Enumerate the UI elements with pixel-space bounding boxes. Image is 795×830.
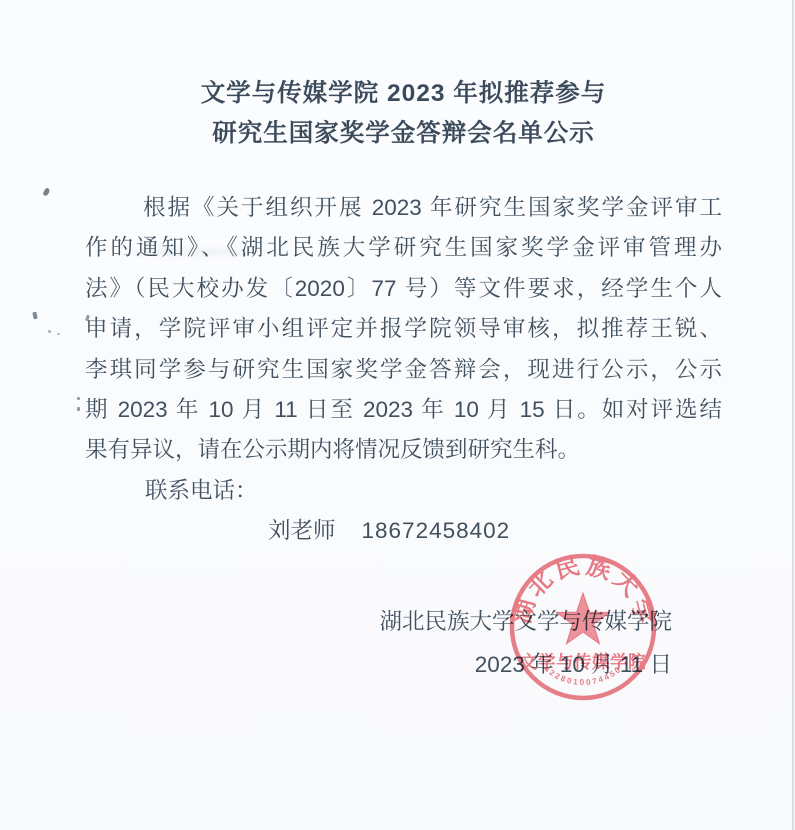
contact-person: 刘老师: [268, 518, 336, 543]
seal-rim-char: 族: [584, 552, 614, 584]
scan-speck: [42, 187, 50, 196]
body-line: 期 2023 年 10 月 11 日至 2023 年 10 月 15 日。如对评…: [85, 390, 722, 430]
scan-speck: [77, 407, 80, 411]
contact-label: 联系电话：: [85, 471, 722, 511]
body-line: 作的通知》、《湖北民族大学研究生国家奖学金评审管理办: [85, 228, 722, 268]
body-line: 法》（民大校办发〔2020〕77 号）等文件要求，经学生个人: [85, 269, 722, 309]
contact-line: 刘老师18672458402: [268, 511, 722, 551]
scan-speck: [57, 333, 60, 335]
document-body: 根据《关于组织开展 2023 年研究生国家奖学金评审工 作的通知》、《湖北民族大…: [85, 188, 722, 552]
scan-speck: [77, 397, 80, 400]
signature-date: 2023 年 10 月 11 日: [379, 643, 672, 686]
scanned-announcement-page: 文学与传媒学院 2023 年拟推荐参与 研究生国家奖学金答辩会名单公示 根据《关…: [0, 0, 795, 830]
scan-speck: [48, 330, 51, 333]
document-title: 文学与传媒学院 2023 年拟推荐参与 研究生国家奖学金答辩会名单公示: [85, 74, 722, 154]
seal-rim-char: 大: [608, 566, 644, 602]
signature-org: 湖北民族大学文学与传媒学院: [379, 600, 672, 643]
title-line-2: 研究生国家奖学金答辩会名单公示: [85, 114, 722, 154]
title-line-1: 文学与传媒学院 2023 年拟推荐参与: [85, 74, 722, 114]
body-line: 果有异议，请在公示期内将情况反馈到研究生科。: [85, 430, 722, 470]
body-line: 李琪同学参与研究生国家奖学金答辩会，现进行公示，公示: [85, 350, 722, 390]
scan-speck: [32, 312, 37, 320]
contact-phone: 18672458402: [362, 518, 511, 543]
body-line: 根据《关于组织开展 2023 年研究生国家奖学金评审工: [85, 188, 722, 228]
signature-block: 湖北民族大学文学与传媒学院 2023 年 10 月 11 日: [379, 600, 672, 686]
seal-rim-char: 北: [522, 566, 558, 602]
scan-edge-line: [792, 0, 794, 830]
body-line: 申请，学院评审小组评定并报学院领导审核，拟推荐王锐、: [85, 309, 722, 349]
seal-rim-char: 民: [552, 552, 582, 584]
